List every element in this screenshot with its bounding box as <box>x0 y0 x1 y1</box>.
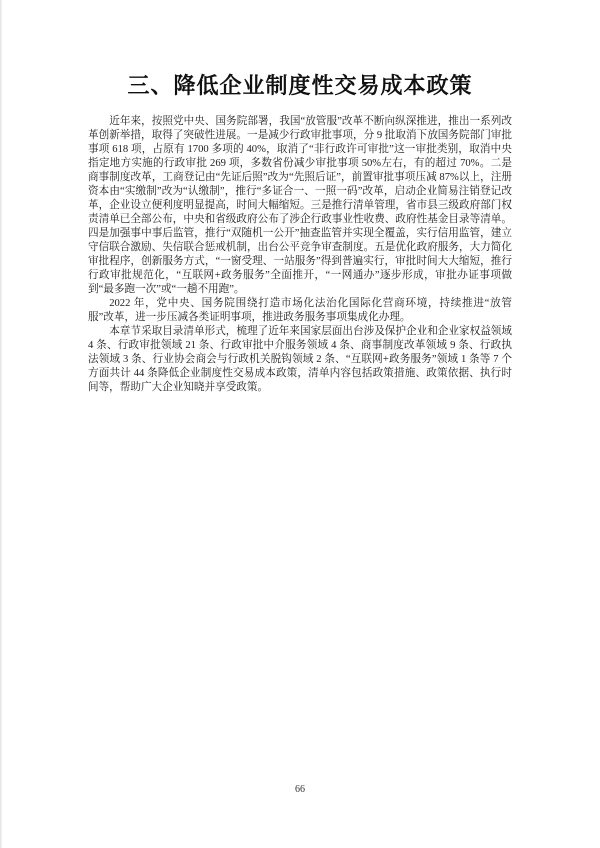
page-title: 三、降低企业制度性交易成本政策 <box>0 72 600 100</box>
scan-edge-artifact <box>0 0 2 848</box>
paragraph-1: 近年来，按照党中央、国务院部署，我国“放管服”改革不断向纵深推进，推出一系列改革… <box>88 115 512 297</box>
document-page: 三、降低企业制度性交易成本政策 近年来，按照党中央、国务院部署，我国“放管服”改… <box>0 0 600 848</box>
paragraph-2: 2022 年，党中央、国务院围绕打造市场化法治化国际化营商环境，持续推进“放管服… <box>88 297 512 325</box>
page-number: 66 <box>0 784 600 796</box>
body-text-block: 近年来，按照党中央、国务院部署，我国“放管服”改革不断向纵深推进，推出一系列改革… <box>88 115 512 395</box>
paragraph-3: 本章节采取目录清单形式，梳理了近年来国家层面出台涉及保护企业和企业家权益领域 4… <box>88 325 512 395</box>
